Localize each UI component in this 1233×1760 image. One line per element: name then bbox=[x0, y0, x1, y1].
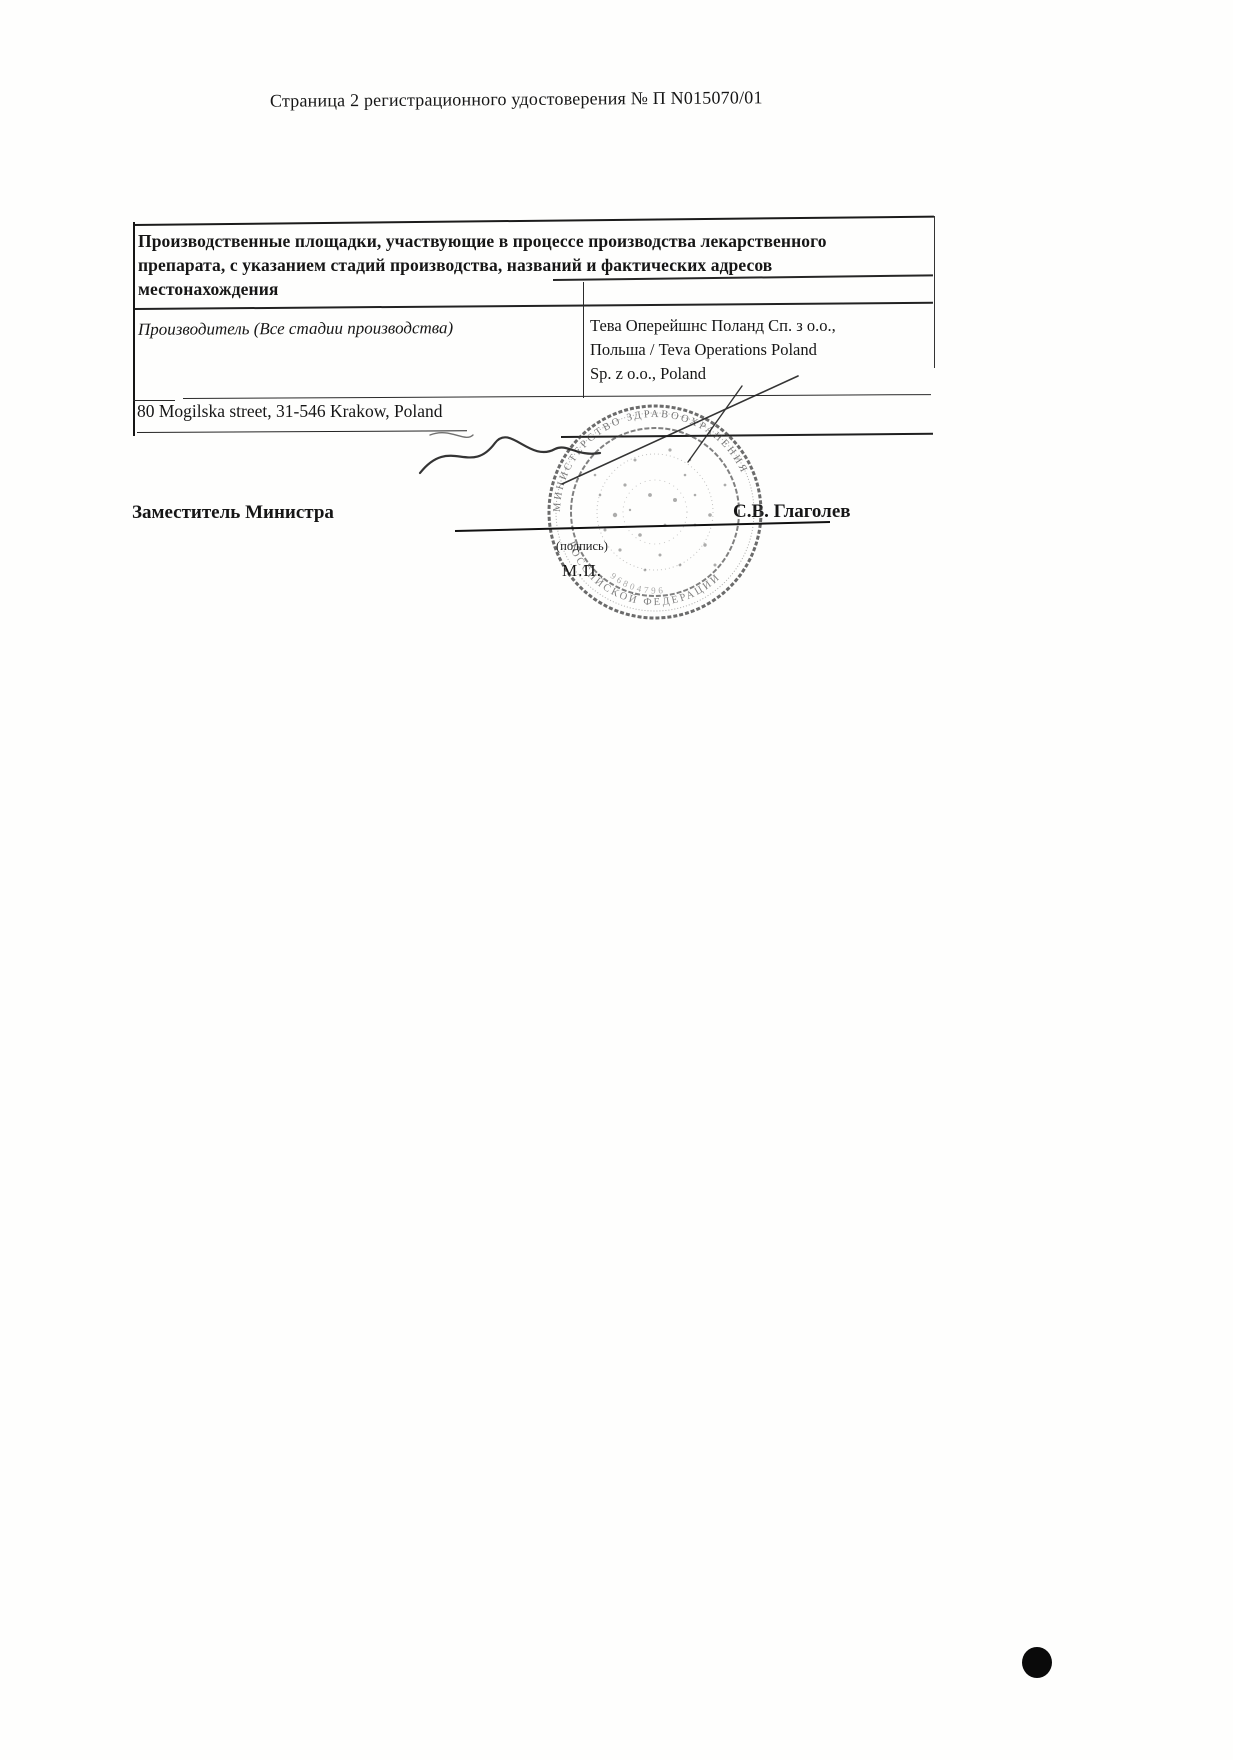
table-border-right bbox=[934, 216, 935, 368]
table-header-line-1: Производственные площадки, участвующие в… bbox=[138, 231, 827, 252]
producer-value-line-1: Тева Оперейшнс Поланд Сп. з о.о., bbox=[590, 316, 836, 336]
svg-text:МИНИСТЕРСТВО ЗДРАВООХРАНЕНИЯ: МИНИСТЕРСТВО ЗДРАВООХРАНЕНИЯ bbox=[552, 409, 750, 512]
producer-label: Производитель (Все стадии производства) bbox=[138, 318, 453, 340]
table-border-top bbox=[133, 216, 934, 226]
signer-position-title: Заместитель Министра bbox=[132, 502, 334, 524]
stamp-and-signature-graphic: МИНИСТЕРСТВО ЗДРАВООХРАНЕНИЯ РОССИЙСКОЙ … bbox=[395, 365, 845, 640]
page-title: Страница 2 регистрационного удостоверени… bbox=[270, 87, 763, 111]
table-header-line-3: местонахождения bbox=[138, 279, 278, 300]
signature-caption: (подпись) bbox=[556, 539, 608, 554]
producer-value-line-2: Польша / Teva Operations Poland bbox=[590, 340, 817, 360]
table-header-divider bbox=[135, 302, 933, 310]
stamp-ring-text-top: МИНИСТЕРСТВО ЗДРАВООХРАНЕНИЯ bbox=[552, 409, 750, 512]
seal-place-abbr: М.П. bbox=[562, 561, 602, 581]
scan-artifact-dot bbox=[1022, 1647, 1052, 1678]
signature-line bbox=[455, 522, 830, 531]
round-stamp: МИНИСТЕРСТВО ЗДРАВООХРАНЕНИЯ РОССИЙСКОЙ … bbox=[549, 406, 761, 618]
table-header-line-2: препарата, с указанием стадий производст… bbox=[138, 255, 772, 276]
table-border-left bbox=[133, 222, 135, 436]
